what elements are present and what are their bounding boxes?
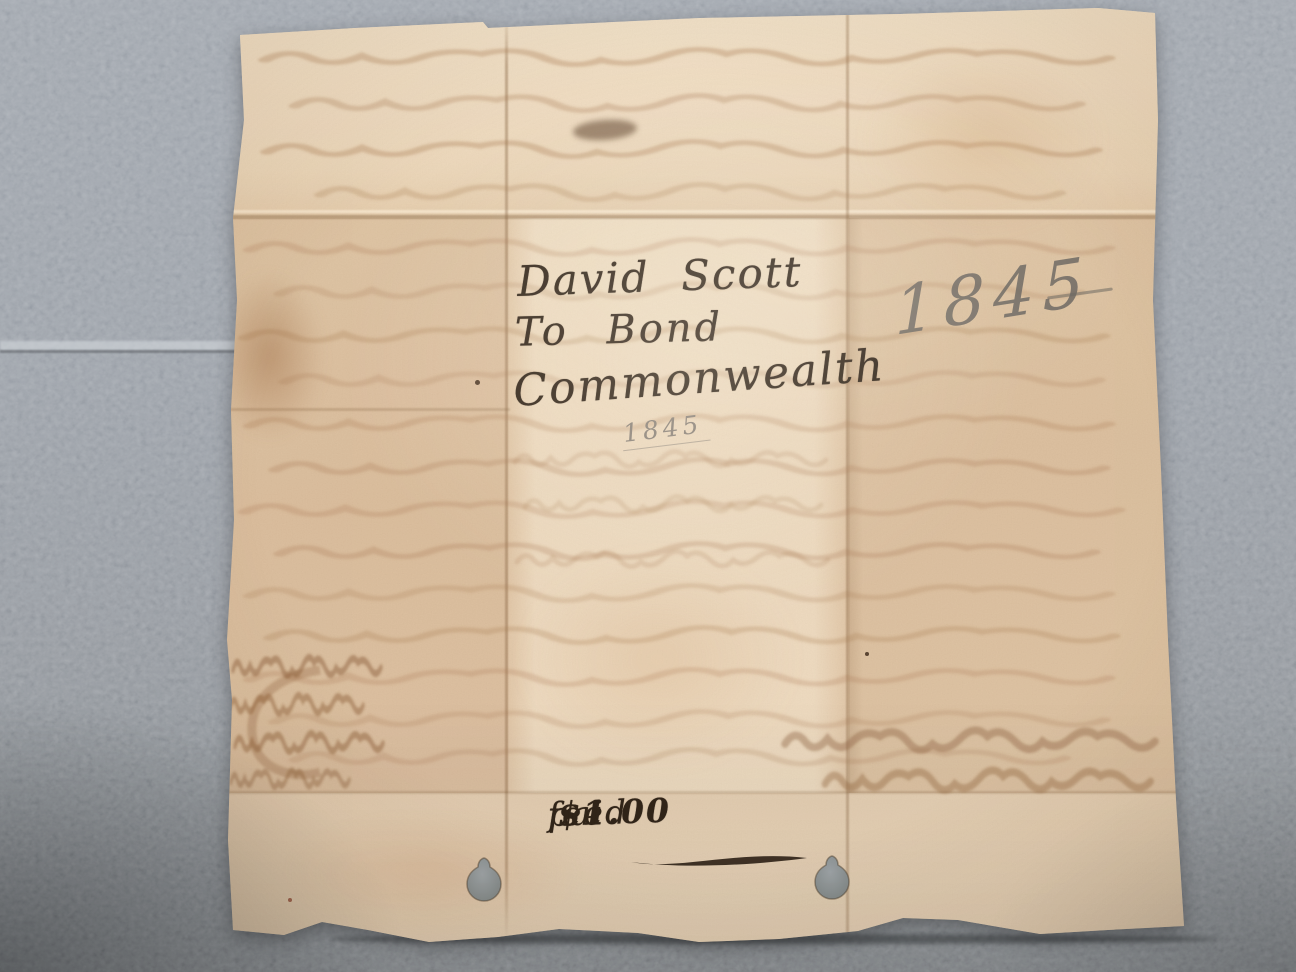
leather-seam-highlight bbox=[0, 341, 236, 350]
photo-of-document: David Scott To Bond Commonwealth 1845 18… bbox=[0, 0, 1296, 972]
leather-seam-shadow bbox=[0, 350, 236, 353]
paper-vignette bbox=[225, 2, 1190, 945]
document-paper: David Scott To Bond Commonwealth 1845 18… bbox=[225, 2, 1190, 945]
paper-sheet: David Scott To Bond Commonwealth 1845 18… bbox=[225, 2, 1190, 945]
